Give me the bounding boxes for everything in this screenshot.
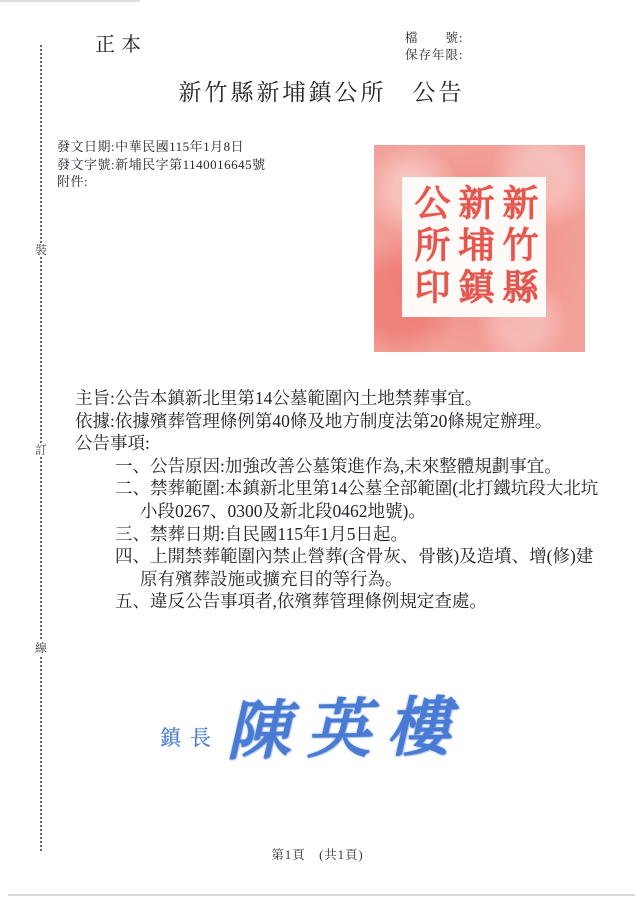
- doc-number-line: 發文字號:新埔民字第1140016645號: [57, 156, 266, 174]
- official-seal-inner-square: 新竹縣 新埔鎮 公所印: [402, 177, 546, 317]
- matter-item-3: 三、禁葬日期:自民國115年1月5日起。: [75, 523, 602, 546]
- document-metadata: 發文日期:中華民國115年1月8日 發文字號:新埔民字第1140016645號 …: [57, 138, 266, 191]
- file-number-label: 檔 號:: [405, 31, 463, 45]
- matter-item-5: 五、違反公告事項者,依殯葬管理條例規定查處。: [75, 590, 602, 613]
- page-number-footer: 第1頁 (共1頁): [0, 845, 635, 863]
- seal-column-left: 公所印: [412, 184, 448, 310]
- copy-type-label: 正本: [95, 28, 147, 57]
- scanned-announcement-page: { "page": { "copy_label": "正本", "file_no…: [0, 0, 635, 900]
- seal-column-middle: 新埔鎮: [456, 184, 492, 310]
- mayor-title-label: 鎮長: [160, 722, 220, 752]
- subject-line: 主旨:公告本鎮新北里第14公墓範圍內土地禁葬事宜。: [75, 387, 602, 410]
- matters-heading: 公告事項:: [75, 432, 602, 455]
- announcement-title: 新竹縣新埔鎮公所 公告: [4, 74, 635, 107]
- mayor-signature-stamp: 鎮長 陳英樓: [160, 678, 490, 770]
- file-number-block: 檔 號:保存年限:: [405, 30, 463, 64]
- issue-date-line: 發文日期:中華民國115年1月8日: [57, 138, 266, 156]
- official-seal-stamp: 新竹縣 新埔鎮 公所印: [374, 145, 585, 352]
- matter-item-1: 一、公告原因:加強改善公墓策進作為,未來整體規劃事宜。: [75, 455, 602, 478]
- retention-period-label: 保存年限:: [405, 48, 463, 62]
- scan-artifact-top-edge: [0, 0, 140, 2]
- scan-artifact-bottom-edge: [8, 894, 635, 896]
- matter-item-2: 二、禁葬範圍:本鎮新北里第14公墓全部範圍(北打鐵坑段大北坑小段0267、030…: [75, 477, 602, 522]
- binding-mark-xian: 線: [33, 641, 49, 655]
- basis-line: 依據:依據殯葬管理條例第40條及地方制度法第20條規定辦理。: [75, 410, 602, 433]
- announcement-body: 主旨:公告本鎮新北里第14公墓範圍內土地禁葬事宜。 依據:依據殯葬管理條例第40…: [75, 387, 602, 613]
- attachment-line: 附件:: [57, 173, 266, 191]
- mayor-name-signature: 陳英樓: [225, 675, 467, 772]
- binding-mark-ding: 訂: [33, 443, 49, 457]
- matter-item-4: 四、上開禁葬範圍內禁止營葬(含骨灰、骨骸)及造墳、增(修)建原有殯葬設施或擴充目…: [75, 545, 602, 590]
- seal-column-right: 新竹縣: [500, 184, 536, 310]
- binding-mark-zhuang: 裝: [33, 243, 49, 257]
